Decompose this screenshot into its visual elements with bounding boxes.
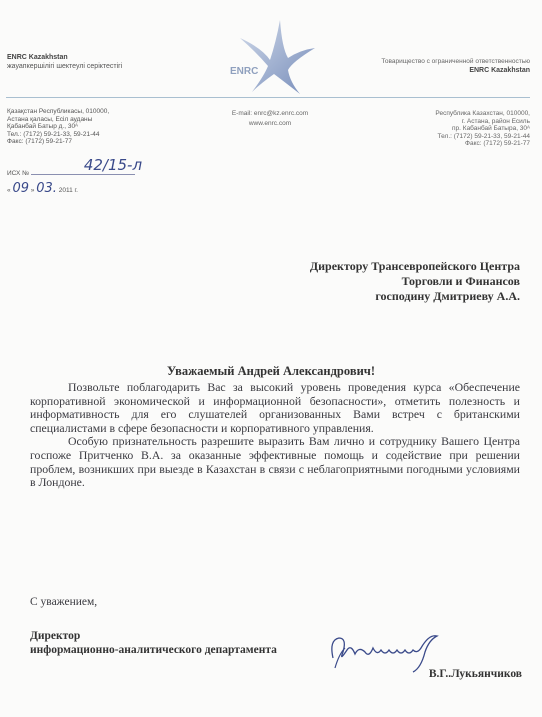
fax-line: Факс: (7172) 59-21-77	[7, 138, 109, 146]
phone-line: Тел.: (7172) 59-21-33, 59-21-44	[7, 131, 109, 139]
reference-number-line: 42/15-л	[31, 166, 135, 175]
header-divider	[6, 97, 530, 98]
letter-date: « 09 » 03. 2011 г.	[7, 181, 78, 196]
letterhead-right: Товарищество с ограниченной ответственно…	[381, 57, 530, 75]
outgoing-reference: ИСХ № 42/15-л	[7, 166, 135, 177]
signer-title-line: информационно-аналитического департамент…	[30, 643, 277, 657]
date-year: 2011 г.	[59, 187, 78, 194]
date-day: 09	[12, 181, 29, 196]
month-line: 03.	[36, 187, 57, 194]
address-line: Қабанбай Батыр д., 30ᴬ	[7, 123, 109, 131]
address-ru: Республика Казахстан, 010000, г. Астана,…	[435, 110, 530, 148]
quote-close: »	[31, 187, 35, 194]
date-month: 03.	[36, 181, 57, 196]
paragraph: Позвольте поблагодарить Вас за высокий у…	[30, 381, 520, 435]
signer-name: В.Г..Лукьянчиков	[429, 668, 522, 680]
company-name-ru: ENRC Kazakhstan	[381, 66, 530, 75]
salutation: Уважаемый Андрей Александрович!	[0, 364, 542, 379]
reference-number: 42/15-л	[61, 156, 165, 174]
address-line: Республика Казахстан, 010000,	[435, 110, 530, 118]
enrc-logo: ENRC	[230, 18, 320, 96]
day-line: 09	[12, 187, 29, 194]
addressee-block: Директору Трансевропейского Центра Торго…	[310, 259, 520, 304]
addressee-line: Торговли и Финансов	[310, 274, 520, 289]
letter-body: Позвольте поблагодарить Вас за высокий у…	[30, 381, 520, 490]
reference-label: ИСХ №	[7, 170, 29, 177]
website-link[interactable]: www.enrc.com	[230, 119, 310, 129]
email-link[interactable]: E-mail: enrc@kz.enrc.com	[230, 109, 310, 119]
phone-line: Тел.: (7172) 59-21-33, 59-21-44	[435, 133, 530, 141]
quote-open: «	[7, 187, 11, 194]
signer-title-line: Директор	[30, 629, 277, 643]
paragraph: Особую признательность разрешите выразит…	[30, 435, 520, 489]
closing-regards: С уважением,	[30, 596, 97, 608]
logo-text: ENRC	[230, 66, 258, 77]
address-line: пр. Кабанбай Батыра, 30ᴬ	[435, 125, 530, 133]
letterhead-left: ENRC Kazakhstan жауапкершілігі шектеулі …	[7, 53, 122, 71]
fax-line: Факс: (7172) 59-21-77	[435, 140, 530, 148]
company-name-kz: ENRC Kazakhstan	[7, 53, 122, 62]
address-kz: Қазақстан Республикасы, 010000, Астана қ…	[7, 108, 109, 146]
signer-title: Директор информационно-аналитического де…	[30, 629, 277, 657]
address-line: Қазақстан Республикасы, 010000,	[7, 108, 109, 116]
legal-form-ru: Товарищество с ограниченной ответственно…	[381, 57, 530, 66]
addressee-line: Директору Трансевропейского Центра	[310, 259, 520, 274]
legal-form-kz: жауапкершілігі шектеулі серіктестігі	[7, 62, 122, 71]
contact-center: E-mail: enrc@kz.enrc.com www.enrc.com	[230, 109, 310, 129]
addressee-line: господину Дмитриеву А.А.	[310, 289, 520, 304]
enrc-star-icon: ENRC	[230, 18, 320, 96]
